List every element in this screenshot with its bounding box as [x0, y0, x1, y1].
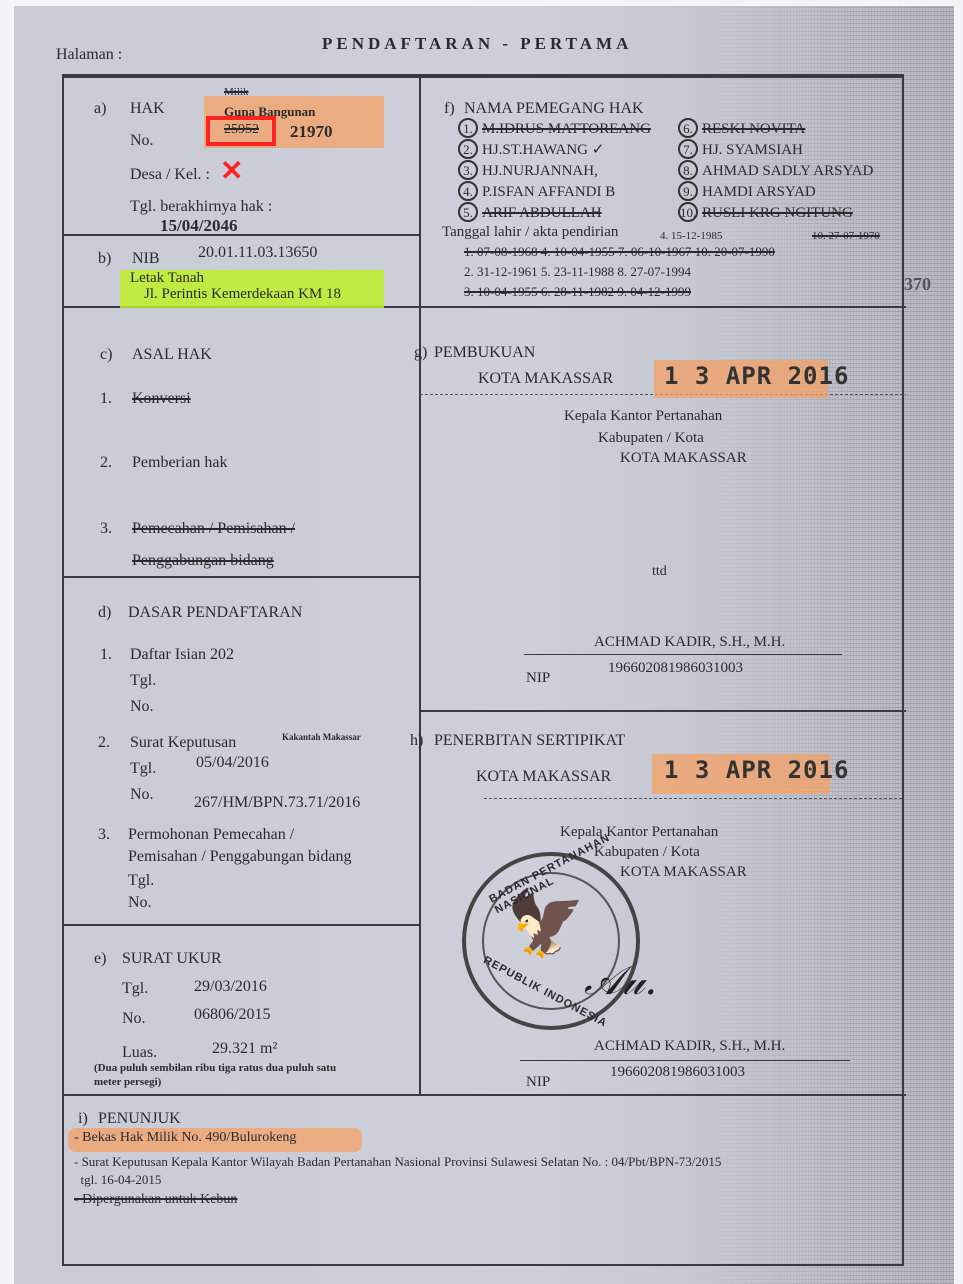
asal-item-num: 2. [100, 454, 112, 472]
divider-e-i [64, 1094, 906, 1096]
letak-value: Jl. Perintis Kemerdekaan KM 18 [144, 286, 341, 303]
holders-right-list: 6.RESKI NOVITA 7.HJ. SYAMSIAH 8.AHMAD SA… [678, 118, 873, 223]
penunjuk-item: - Dipergunakan untuk Kebun [74, 1192, 237, 1208]
office-line: Kepala Kantor Pertanahan [560, 824, 718, 841]
penunjuk-item: tgl. 16-04-2015 [74, 1172, 161, 1188]
asal-hak-title: ASAL HAK [132, 346, 212, 364]
nib-value: 20.01.11.03.13650 [198, 244, 317, 262]
holder-item: 1.M.IDRUS MATTOREANG [458, 118, 651, 139]
penerbitan-stamp-date: 1 3 APR 2016 [664, 756, 849, 784]
holders-left-list: 1.M.IDRUS MATTOREANG 2.HJ.ST.HAWANG ✓ 3.… [458, 118, 651, 223]
holder-item: 9.HAMDI ARSYAD [678, 181, 873, 202]
section-e-label: e) [94, 950, 106, 968]
dob-row: 1. 07-08-1968 4. 10-04-1955 7. 06-10-196… [464, 244, 775, 260]
holder-name: HJ.NURJANNAH, [482, 163, 598, 179]
dob-row: 2. 31-12-1961 5. 23-11-1988 8. 27-07-199… [464, 264, 691, 280]
holder-item: 5.ARIF ABDULLAH [458, 202, 651, 223]
pembukuan-city: KOTA MAKASSAR [478, 370, 613, 388]
ttd-mark: ttd [652, 564, 667, 580]
nip-label: NIP [526, 670, 550, 687]
section-f-label: f) [444, 100, 455, 118]
holder-item: 3.HJ.NURJANNAH, [458, 160, 651, 181]
margin-note: 370 [904, 274, 931, 295]
tgl-label: Tgl. [128, 872, 154, 890]
letak-label: Letak Tanah [130, 270, 204, 287]
document-title: PENDAFTARAN - PERTAMA [322, 34, 632, 54]
holder-name: HJ.ST.HAWANG [482, 142, 588, 158]
asal-item-num: 1. [100, 390, 112, 408]
penunjuk-item: - Bekas Hak Milik No. 490/Bulurokeng [74, 1130, 296, 1146]
permohonan-line2: Pemisahan / Penggabungan bidang [128, 848, 352, 866]
penerbitan-city: KOTA MAKASSAR [476, 768, 611, 786]
office-line: Kabupaten / Kota [598, 430, 704, 447]
holder-name: HAMDI ARSYAD [702, 184, 816, 200]
kakantah-note: Kakantah Makassar [282, 732, 361, 742]
holder-num: 3. [458, 160, 478, 180]
section-a-label: a) [94, 100, 106, 118]
holder-name: M.IDRUS MATTOREANG [482, 121, 651, 137]
nip-label: NIP [526, 1074, 550, 1091]
daftar-isian: Daftar Isian 202 [130, 646, 234, 664]
asal-item-penggabungan: Penggabungan bidang [132, 552, 274, 570]
holder-item: 6.RESKI NOVITA [678, 118, 873, 139]
holder-item: 7.HJ. SYAMSIAH [678, 139, 873, 160]
section-b-label: b) [98, 250, 111, 268]
no-label: No. [128, 894, 152, 912]
holder-num: 9. [678, 181, 698, 201]
asal-item-num: 3. [100, 520, 112, 538]
sk-number: 267/HM/BPN.73.71/2016 [194, 794, 360, 812]
pemegang-title: NAMA PEMEGANG HAK [464, 100, 644, 118]
asal-item-konversi: Konversi [132, 390, 191, 408]
signature-line [524, 654, 842, 655]
nib-label: NIB [132, 250, 160, 268]
tgl-label: Tgl. [130, 672, 156, 690]
dasar-item-num: 3. [98, 826, 110, 844]
hak-struck-milik: Milik [224, 86, 248, 98]
luas-value: 29.321 m² [212, 1040, 277, 1058]
holder-name: RESKI NOVITA [702, 121, 805, 137]
holder-item: 10.RUSLI KRG NGITUNG [678, 202, 873, 223]
official-name: ACHMAD KADIR, S.H., M.H. [594, 634, 785, 651]
red-cross-mark-icon: ✕ [220, 154, 243, 188]
dob-row: 3. 10-04-1955 6. 28-11-1982 9. 04-12-199… [464, 284, 691, 300]
pembukuan-stamp-date: 1 3 APR 2016 [664, 362, 849, 390]
red-annotation-box [206, 116, 276, 146]
section-d-label: d) [98, 604, 111, 622]
divider-c-d [64, 576, 420, 578]
no-value: 21970 [290, 122, 333, 142]
dasar-item-num: 2. [98, 734, 110, 752]
tgl-label: Tgl. [122, 980, 148, 998]
holder-name: ARIF ABDULLAH [482, 205, 602, 221]
nip-value: 196602081986031003 [608, 660, 743, 677]
office-line: KOTA MAKASSAR [620, 450, 747, 467]
pembukuan-title: PEMBUKUAN [434, 344, 535, 362]
end-date-label: Tgl. berakhirnya hak : [130, 198, 272, 216]
nip-value: 196602081986031003 [610, 1064, 745, 1081]
holder-num: 6. [678, 118, 698, 138]
holder-num: 5. [458, 202, 478, 222]
dasar-item-num: 1. [100, 646, 112, 664]
no-label: No. [130, 786, 154, 804]
penerbitan-title: PENERBITAN SERTIPIKAT [434, 732, 625, 750]
official-name: ACHMAD KADIR, S.H., M.H. [594, 1038, 785, 1055]
holder-num: 8. [678, 160, 698, 180]
section-c-label: c) [100, 346, 112, 364]
section-i-label: i) [78, 1110, 88, 1128]
holder-num: 2. [458, 139, 478, 159]
office-line: KOTA MAKASSAR [620, 864, 747, 881]
column-divider [419, 78, 421, 1096]
holder-name: RUSLI KRG NGITUNG [702, 205, 853, 221]
no-label: No. [130, 698, 154, 716]
divider-a-b [64, 234, 420, 236]
registration-form-frame: a) HAK Milik Guna Bangunan No. 25952 219… [62, 74, 904, 1266]
sk-date: 05/04/2016 [196, 754, 269, 772]
signature-line [520, 1060, 850, 1061]
holder-num: 1. [458, 118, 478, 138]
holder-num: 7. [678, 139, 698, 159]
signature-scribble-icon: 𝒜𝓊. [584, 958, 657, 1004]
section-h-label: h) [410, 732, 423, 750]
hak-label: HAK [130, 100, 165, 118]
luas-label: Luas. [122, 1044, 157, 1062]
holder-num: 4. [458, 181, 478, 201]
asal-item-pemecahan: Pemecahan / Pemisahan / [132, 520, 295, 538]
end-date-value: 15/04/2046 [160, 216, 237, 236]
dob-extra-right: 10. 27-07-1970 [812, 230, 880, 242]
divider-d-e [64, 924, 420, 926]
holder-name: P.ISFAN AFFANDI B [482, 184, 615, 200]
surat-keputusan: Surat Keputusan [130, 734, 236, 752]
su-number: 06806/2015 [194, 1006, 270, 1024]
holder-name: HJ. SYAMSIAH [702, 142, 803, 158]
office-line: Kepala Kantor Pertanahan [564, 408, 722, 425]
desa-label: Desa / Kel. : [130, 166, 210, 184]
dasar-title: DASAR PENDAFTARAN [128, 604, 302, 622]
su-date: 29/03/2016 [194, 978, 267, 996]
divider-g-h [420, 710, 906, 712]
holder-num: 10. [678, 202, 698, 222]
page-label: Halaman : [56, 46, 122, 64]
holder-item: 4.P.ISFAN AFFANDI B [458, 181, 651, 202]
no-label: No. [130, 132, 154, 150]
permohonan-line1: Permohonan Pemecahan / [128, 826, 294, 844]
penunjuk-title: PENUNJUK [98, 1110, 181, 1128]
luas-words: meter persegi) [94, 1076, 161, 1088]
tgl-label: Tgl. [130, 760, 156, 778]
holder-item: 8.AHMAD SADLY ARSYAD [678, 160, 873, 181]
holder-item: 2.HJ.ST.HAWANG ✓ [458, 139, 651, 160]
dob-label: Tanggal lahir / akta pendirian [442, 224, 618, 241]
checkmark-icon: ✓ [592, 142, 605, 158]
divider-h-dotted [484, 798, 904, 799]
holder-name: AHMAD SADLY ARSYAD [702, 163, 873, 179]
no-label: No. [122, 1010, 146, 1028]
asal-item-pemberian: Pemberian hak [132, 454, 228, 472]
luas-words: (Dua puluh sembilan ribu tiga ratus dua … [94, 1062, 336, 1074]
surat-ukur-title: SURAT UKUR [122, 950, 222, 968]
dob-extra: 4. 15-12-1985 [660, 230, 722, 242]
section-g-label: g) [414, 344, 427, 362]
penunjuk-item: - Surat Keputusan Kepala Kantor Wilayah … [74, 1154, 721, 1170]
scanned-certificate-page: Halaman : PENDAFTARAN - PERTAMA a) HAK M… [14, 6, 954, 1284]
